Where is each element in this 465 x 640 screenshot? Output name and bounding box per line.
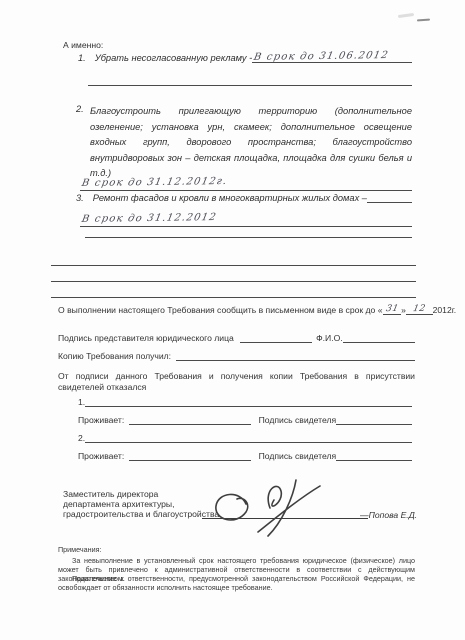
witness-2-name-row: 2. xyxy=(78,433,412,443)
report-text: О выполнении настоящего Требования сообщ… xyxy=(58,305,383,315)
list-item-1: 1. Убрать несогласованную рекламу - В ср… xyxy=(78,51,412,63)
intro-label: А именно: xyxy=(63,40,103,50)
dash: — xyxy=(360,510,369,520)
blank-line xyxy=(223,225,413,227)
fio-label: Ф.И.О. xyxy=(316,333,343,343)
signature-label: Подпись представителя юридического лица xyxy=(58,333,234,343)
handwritten-entry: В срок до 31.12.2012 xyxy=(80,208,223,227)
blank-line xyxy=(85,441,412,443)
item-number: 1. xyxy=(78,53,86,63)
blank-line xyxy=(51,265,416,266)
item-number: 2. xyxy=(76,104,84,114)
notes-paragraph-2: Привлечение к ответственности, предусмот… xyxy=(58,575,415,593)
copy-received-row: Копию Требования получил: xyxy=(58,351,415,361)
item-number: 3. xyxy=(76,193,84,203)
notes-title: Примечания: xyxy=(58,546,102,555)
blank-line xyxy=(233,189,412,191)
item-text: Благоустроить прилегающую территорию (до… xyxy=(90,104,412,182)
blank-line xyxy=(85,405,412,407)
official-title-line-1: Заместитель директора xyxy=(63,489,158,499)
blank-line xyxy=(395,61,412,63)
blank-line xyxy=(51,297,416,298)
report-deadline-line: О выполнении настоящего Требования сообщ… xyxy=(58,303,456,315)
scan-artifact xyxy=(417,19,430,22)
copy-label: Копию Требования получил: xyxy=(58,351,171,361)
item-text: Ремонт фасадов и кровли в многоквартирны… xyxy=(93,193,367,203)
handwritten-entry: В срок до 31.12.2012г. xyxy=(80,172,233,191)
handwritten-signature xyxy=(206,478,338,538)
witness-number: 2. xyxy=(78,433,85,443)
official-title-line-3: градостроительства и благоустройства xyxy=(63,509,219,519)
official-name: — Попова Е.Д. xyxy=(360,510,417,520)
handwritten-day: 31 xyxy=(383,303,402,315)
blank-line xyxy=(51,281,416,282)
representative-signature-row: Подпись представителя юридического лица … xyxy=(58,333,415,343)
witness-2-address-row: Проживает: Подпись свидетеля xyxy=(78,451,412,461)
handwritten-row: В срок до 31.12.2012 xyxy=(80,208,412,227)
official-title-line-2: департамента архитектуры, xyxy=(63,499,175,509)
blank-line xyxy=(336,423,412,425)
document-page: А именно: 1. Убрать несогласованную рекл… xyxy=(0,0,465,640)
blank-line xyxy=(176,359,415,361)
witness-1-address-row: Проживает: Подпись свидетеля xyxy=(78,415,412,425)
lives-label: Проживает: xyxy=(78,451,124,461)
witness-sign-label: Подпись свидетеля xyxy=(259,415,337,425)
handwritten-month: 12 xyxy=(406,303,433,315)
list-item-3: 3. Ремонт фасадов и кровли в многокварти… xyxy=(76,193,412,203)
refusal-paragraph: От подписи данного Требования и получени… xyxy=(58,371,415,393)
blank-line xyxy=(343,341,415,343)
blank-line xyxy=(129,459,250,461)
blank-line xyxy=(88,85,412,86)
blank-line xyxy=(367,201,412,203)
blank-line xyxy=(336,459,412,461)
scan-artifact xyxy=(398,13,414,18)
witness-number: 1. xyxy=(78,397,85,407)
witness-sign-label: Подпись свидетеля xyxy=(259,451,337,461)
witness-1-name-row: 1. xyxy=(78,397,412,407)
blank-line xyxy=(240,341,312,343)
blank-line xyxy=(85,237,412,238)
handwritten-row: В срок до 31.12.2012г. xyxy=(80,172,412,191)
blank-line xyxy=(129,423,250,425)
lives-label: Проживает: xyxy=(78,415,124,425)
report-year: 2012г. xyxy=(433,305,457,315)
item-text: Убрать несогласованную рекламу - xyxy=(95,53,252,63)
official-signature-line xyxy=(202,518,368,519)
handwritten-entry: В срок до 31.06.2012 xyxy=(252,51,395,63)
